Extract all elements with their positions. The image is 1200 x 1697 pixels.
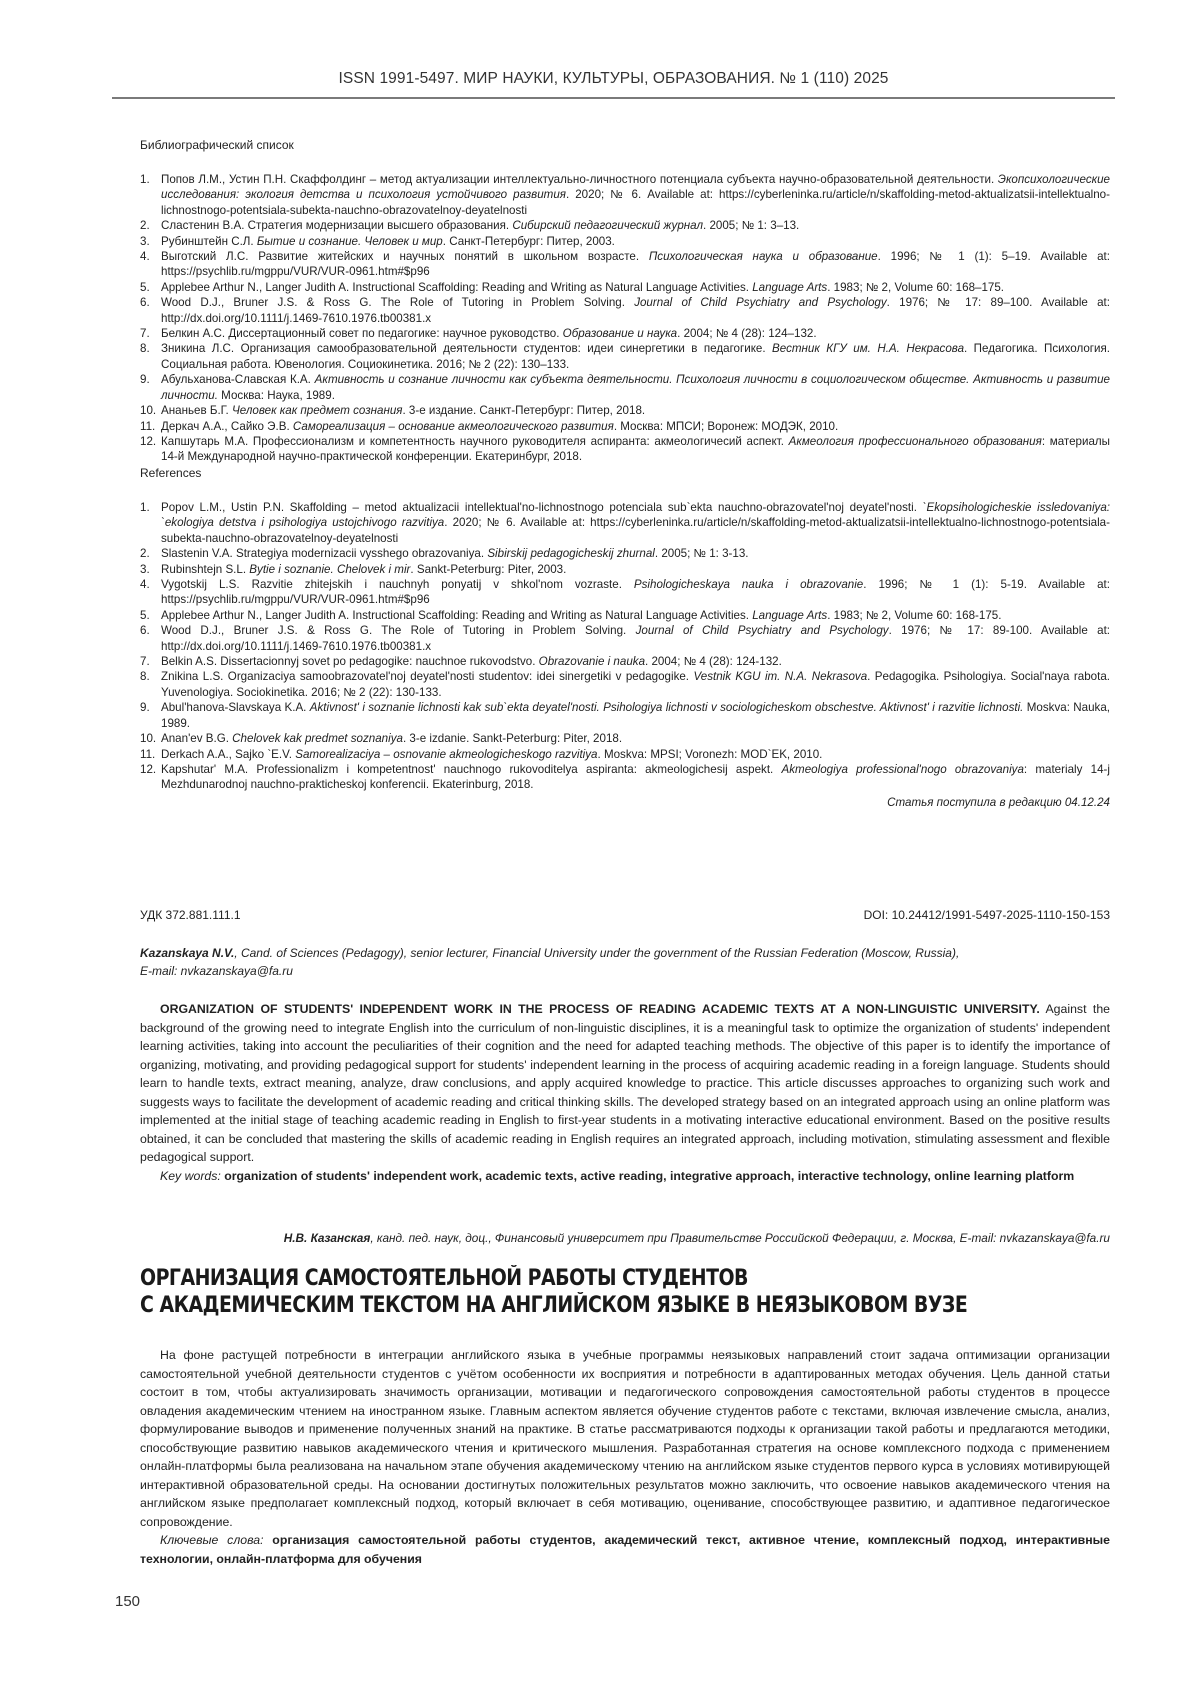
reference-text: Slastenin V.A. Strategiya modernizacii v… [161,547,487,560]
reference-text: Зникина Л.С. Организация самообразовател… [161,342,772,355]
references-en-list: 1.Popov L.M., Ustin P.N. Skaffolding – m… [140,500,1110,793]
reference-source-title: Самореализация – основание акмеологическ… [293,420,614,433]
author-en: Kazanskaya N.V., Cand. of Sciences (Peda… [140,944,1110,980]
reference-number: 5. [140,608,150,623]
reference-number: 2. [140,218,150,233]
udk-code: УДК 372.881.111.1 [140,908,241,922]
reference-source-title: Aktivnost' i soznanie lichnosti kak sub`… [310,701,1024,714]
reference-text: . 2004; № 4 (28): 124–132. [677,327,816,340]
article-title-ru: ОРГАНИЗАЦИЯ САМОСТОЯТЕЛЬНОЙ РАБОТЫ СТУДЕ… [140,1265,1110,1319]
author-en-details: , Cand. of Sciences (Pedagogy), senior l… [234,946,959,960]
reference-item: 5.Applebee Arthur N., Langer Judith A. I… [140,608,1110,623]
reference-source-title: Samorealizaciya – osnovanie akmeologiche… [295,748,597,761]
reference-text: . 3-e izdanie. Sankt-Peterburg: Piter, 2… [403,732,622,745]
reference-number: 10. [140,731,156,746]
reference-source-title: Language Arts [752,281,827,294]
author-ru-details: , канд. пед. наук, доц., Финансовый унив… [370,1231,1110,1245]
reference-source-title: Language Arts [752,609,827,622]
reference-item: 1.Popov L.M., Ustin P.N. Skaffolding – m… [140,500,1110,546]
abstract-en-text: Against the background of the growing ne… [140,1002,1110,1164]
reference-number: 5. [140,280,150,295]
article-title-ru-line-2: С АКАДЕМИЧЕСКИМ ТЕКСТОМ НА АНГЛИЙСКОМ ЯЗ… [140,1292,974,1319]
reference-text: . 2005; № 1: 3-13. [655,547,749,560]
reference-item: 2.Slastenin V.A. Strategiya modernizacii… [140,546,1110,561]
article-title-en: ORGANIZATION OF STUDENTS' INDEPENDENT WO… [160,1002,1040,1016]
abstract-ru: На фоне растущей потребности в интеграци… [140,1346,1110,1568]
author-en-email: E-mail: nvkazanskaya@fa.ru [140,964,293,978]
reference-item: 8.Зникина Л.С. Организация самообразоват… [140,341,1110,372]
reference-text: Wood D.J., Bruner J.S. & Ross G. The Rol… [161,624,636,637]
reference-number: 12. [140,434,156,449]
reference-text: Москва: Наука, 1989. [218,389,335,402]
reference-text: Vygotskij L.S. Razvitie zhitejskih i nau… [161,578,634,591]
reference-source-title: Sibirskij pedagogicheskij zhurnal [487,547,655,560]
reference-text: Applebee Arthur N., Langer Judith A. Ins… [161,609,752,622]
reference-number: 1. [140,172,150,187]
reference-number: 3. [140,562,150,577]
keywords-ru-label: Ключевые слова: [160,1533,264,1547]
reference-source-title: Bytie i soznanie. Chelovek i mir [249,563,410,576]
reference-source-title: Бытие и сознание. Человек и мир [257,235,443,248]
reference-text: Derkach A.A., Sajko `E.V. [161,748,295,761]
reference-item: 3.Рубинштейн С.Л. Бытие и сознание. Чело… [140,234,1110,249]
author-en-name: Kazanskaya N.V. [140,946,234,960]
reference-number: 7. [140,326,150,341]
reference-item: 9.Abul'hanova-Slavskaya K.A. Aktivnost' … [140,700,1110,731]
reference-item: 6.Wood D.J., Bruner J.S. & Ross G. The R… [140,295,1110,326]
abstract-en: ORGANIZATION OF STUDENTS' INDEPENDENT WO… [140,1000,1110,1185]
reference-text: Applebee Arthur N., Langer Judith A. Ins… [161,281,752,294]
reference-text: . Sankt-Peterburg: Piter, 2003. [410,563,566,576]
reference-text: . Moskva: MPSI; Voronezh: MOD`EK, 2010. [598,748,823,761]
doi: DOI: 10.24412/1991-5497-2025-1110-150-15… [864,908,1110,922]
reference-text: . 2004; № 4 (28): 124-132. [645,655,782,668]
reference-source-title: Obrazovanie i nauka [539,655,645,668]
reference-text: . 2005; № 1: 3–13. [703,219,799,232]
reference-text: Wood D.J., Bruner J.S. & Ross G. The Rol… [161,296,634,309]
reference-text: Деркач А.А., Сайко Э.В. [161,420,293,433]
reference-item: 11.Деркач А.А., Сайко Э.В. Самореализаци… [140,419,1110,434]
reference-text: Abul'hanova-Slavskaya K.A. [161,701,310,714]
reference-text: Kapshutar' M.A. Professionalizm i kompet… [161,763,782,776]
reference-source-title: Человек как предмет сознания [232,404,402,417]
reference-item: 12.Капшутарь М.А. Профессионализм и комп… [140,434,1110,465]
reference-source-title: Journal of Child Psychiatry and Psycholo… [634,296,886,309]
reference-item: 11.Derkach A.A., Sajko `E.V. Samorealiza… [140,747,1110,762]
reference-number: 1. [140,500,150,515]
reference-number: 9. [140,700,150,715]
keywords-ru: организация самостоятельной работы студе… [140,1533,1110,1566]
reference-text: Выготский Л.С. Развитие житейских и науч… [161,250,649,263]
reference-text: Капшутарь М.А. Профессионализм и компете… [161,435,789,448]
reference-text: . 3-е издание. Санкт-Петербург: Питер, 2… [402,404,645,417]
references-en-title: References [140,466,1110,480]
keywords-en: organization of students' independent wo… [221,1169,1074,1183]
reference-number: 9. [140,372,150,387]
reference-source-title: Chelovek kak predmet soznaniya [232,732,403,745]
article-title-ru-line-1: ОРГАНИЗАЦИЯ САМОСТОЯТЕЛЬНОЙ РАБОТЫ СТУДЕ… [140,1265,974,1292]
reference-item: 7.Белкин А.С. Диссертационный совет по п… [140,326,1110,341]
reference-item: 9.Абульханова-Славская К.А. Активность и… [140,372,1110,403]
references-en-section: References 1.Popov L.M., Ustin P.N. Skaf… [140,466,1110,809]
reference-item: 10.Ананьев Б.Г. Человек как предмет созн… [140,403,1110,418]
reference-text: Anan'ev B.G. [161,732,232,745]
reference-source-title: Vestnik KGU im. N.A. Nekrasova [693,670,867,683]
reference-text: Belkin A.S. Dissertacionnyj sovet po ped… [161,655,539,668]
reference-number: 2. [140,546,150,561]
reference-source-title: Сибирский педагогический журнал [512,219,703,232]
bibliography-ru-section: Библиографический список 1.Попов Л.М., У… [140,138,1110,465]
reference-number: 10. [140,403,156,418]
header-rule [112,97,1115,99]
reference-item: 5.Applebee Arthur N., Langer Judith A. I… [140,280,1110,295]
reference-source-title: Journal of Child Psychiatry and Psycholo… [636,624,889,637]
reference-text: Popov L.M., Ustin P.N. Skaffolding – met… [161,501,923,514]
bibliography-ru-list: 1.Попов Л.М., Устин П.Н. Скаффолдинг – м… [140,172,1110,465]
reference-number: 6. [140,623,150,638]
author-ru: Н.В. Казанская, канд. пед. наук, доц., Ф… [140,1231,1110,1245]
reference-number: 7. [140,654,150,669]
author-ru-name: Н.В. Казанская [284,1231,371,1245]
reference-text: Белкин А.С. Диссертационный совет по пед… [161,327,563,340]
page-number: 150 [115,1593,140,1610]
reference-item: 10.Anan'ev B.G. Chelovek kak predmet soz… [140,731,1110,746]
reference-source-title: Психологическая наука и образование [649,250,878,263]
reference-item: 6.Wood D.J., Bruner J.S. & Ross G. The R… [140,623,1110,654]
reference-source-title: Akmeologiya professional'nogo obrazovani… [782,763,1024,776]
reference-item: 8.Znikina L.S. Organizaciya samoobrazova… [140,669,1110,700]
reference-text: Попов Л.М., Устин П.Н. Скаффолдинг – мет… [161,173,998,186]
reference-source-title: Акмеология профессионального образования [789,435,1042,448]
reference-text: . 1983; № 2, Volume 60: 168-175. [827,609,1001,622]
reference-number: 11. [140,747,155,762]
abstract-ru-text: На фоне растущей потребности в интеграци… [140,1348,1110,1529]
reference-text: . Москва: МПСИ; Воронеж: МОДЭК, 2010. [614,420,838,433]
reference-source-title: Вестник КГУ им. Н.А. Некрасова [772,342,964,355]
reference-item: 4.Vygotskij L.S. Razvitie zhitejskih i n… [140,577,1110,608]
running-header: ISSN 1991-5497. МИР НАУКИ, КУЛЬТУРЫ, ОБР… [112,70,1115,88]
reference-text: Rubinshtejn S.L. [161,563,249,576]
reference-number: 12. [140,762,156,777]
reference-text: . Санкт-Петербург: Питер, 2003. [443,235,615,248]
article-meta-row: УДК 372.881.111.1 DOI: 10.24412/1991-549… [140,908,1110,922]
reference-number: 4. [140,249,150,264]
keywords-en-label: Key words: [160,1169,221,1183]
reference-text: Сластенин В.А. Стратегия модернизации вы… [161,219,512,232]
reference-text: . 1983; № 2, Volume 60: 168–175. [827,281,1004,294]
reference-number: 6. [140,295,150,310]
reference-item: 4.Выготский Л.С. Развитие житейских и на… [140,249,1110,280]
reference-item: 1.Попов Л.М., Устин П.Н. Скаффолдинг – м… [140,172,1110,218]
reference-text: Рубинштейн С.Л. [161,235,257,248]
reference-number: 8. [140,341,150,356]
reference-item: 12.Kapshutar' M.A. Professionalizm i kom… [140,762,1110,793]
reference-text: Абульханова-Славская К.А. [161,373,315,386]
received-note: Статья поступила в редакцию 04.12.24 [140,796,1110,809]
reference-number: 3. [140,234,150,249]
bibliography-ru-title: Библиографический список [140,138,1110,152]
reference-number: 11. [140,419,155,434]
reference-text: Ананьев Б.Г. [161,404,232,417]
reference-number: 4. [140,577,150,592]
reference-source-title: Psihologicheskaya nauka i obrazovanie [634,578,863,591]
reference-item: 7.Belkin A.S. Dissertacionnyj sovet po p… [140,654,1110,669]
reference-number: 8. [140,669,150,684]
reference-item: 3.Rubinshtejn S.L. Bytie i soznanie. Che… [140,562,1110,577]
reference-source-title: Образование и наука [563,327,677,340]
reference-text: Znikina L.S. Organizaciya samoobrazovate… [161,670,693,683]
reference-item: 2.Сластенин В.А. Стратегия модернизации … [140,218,1110,233]
